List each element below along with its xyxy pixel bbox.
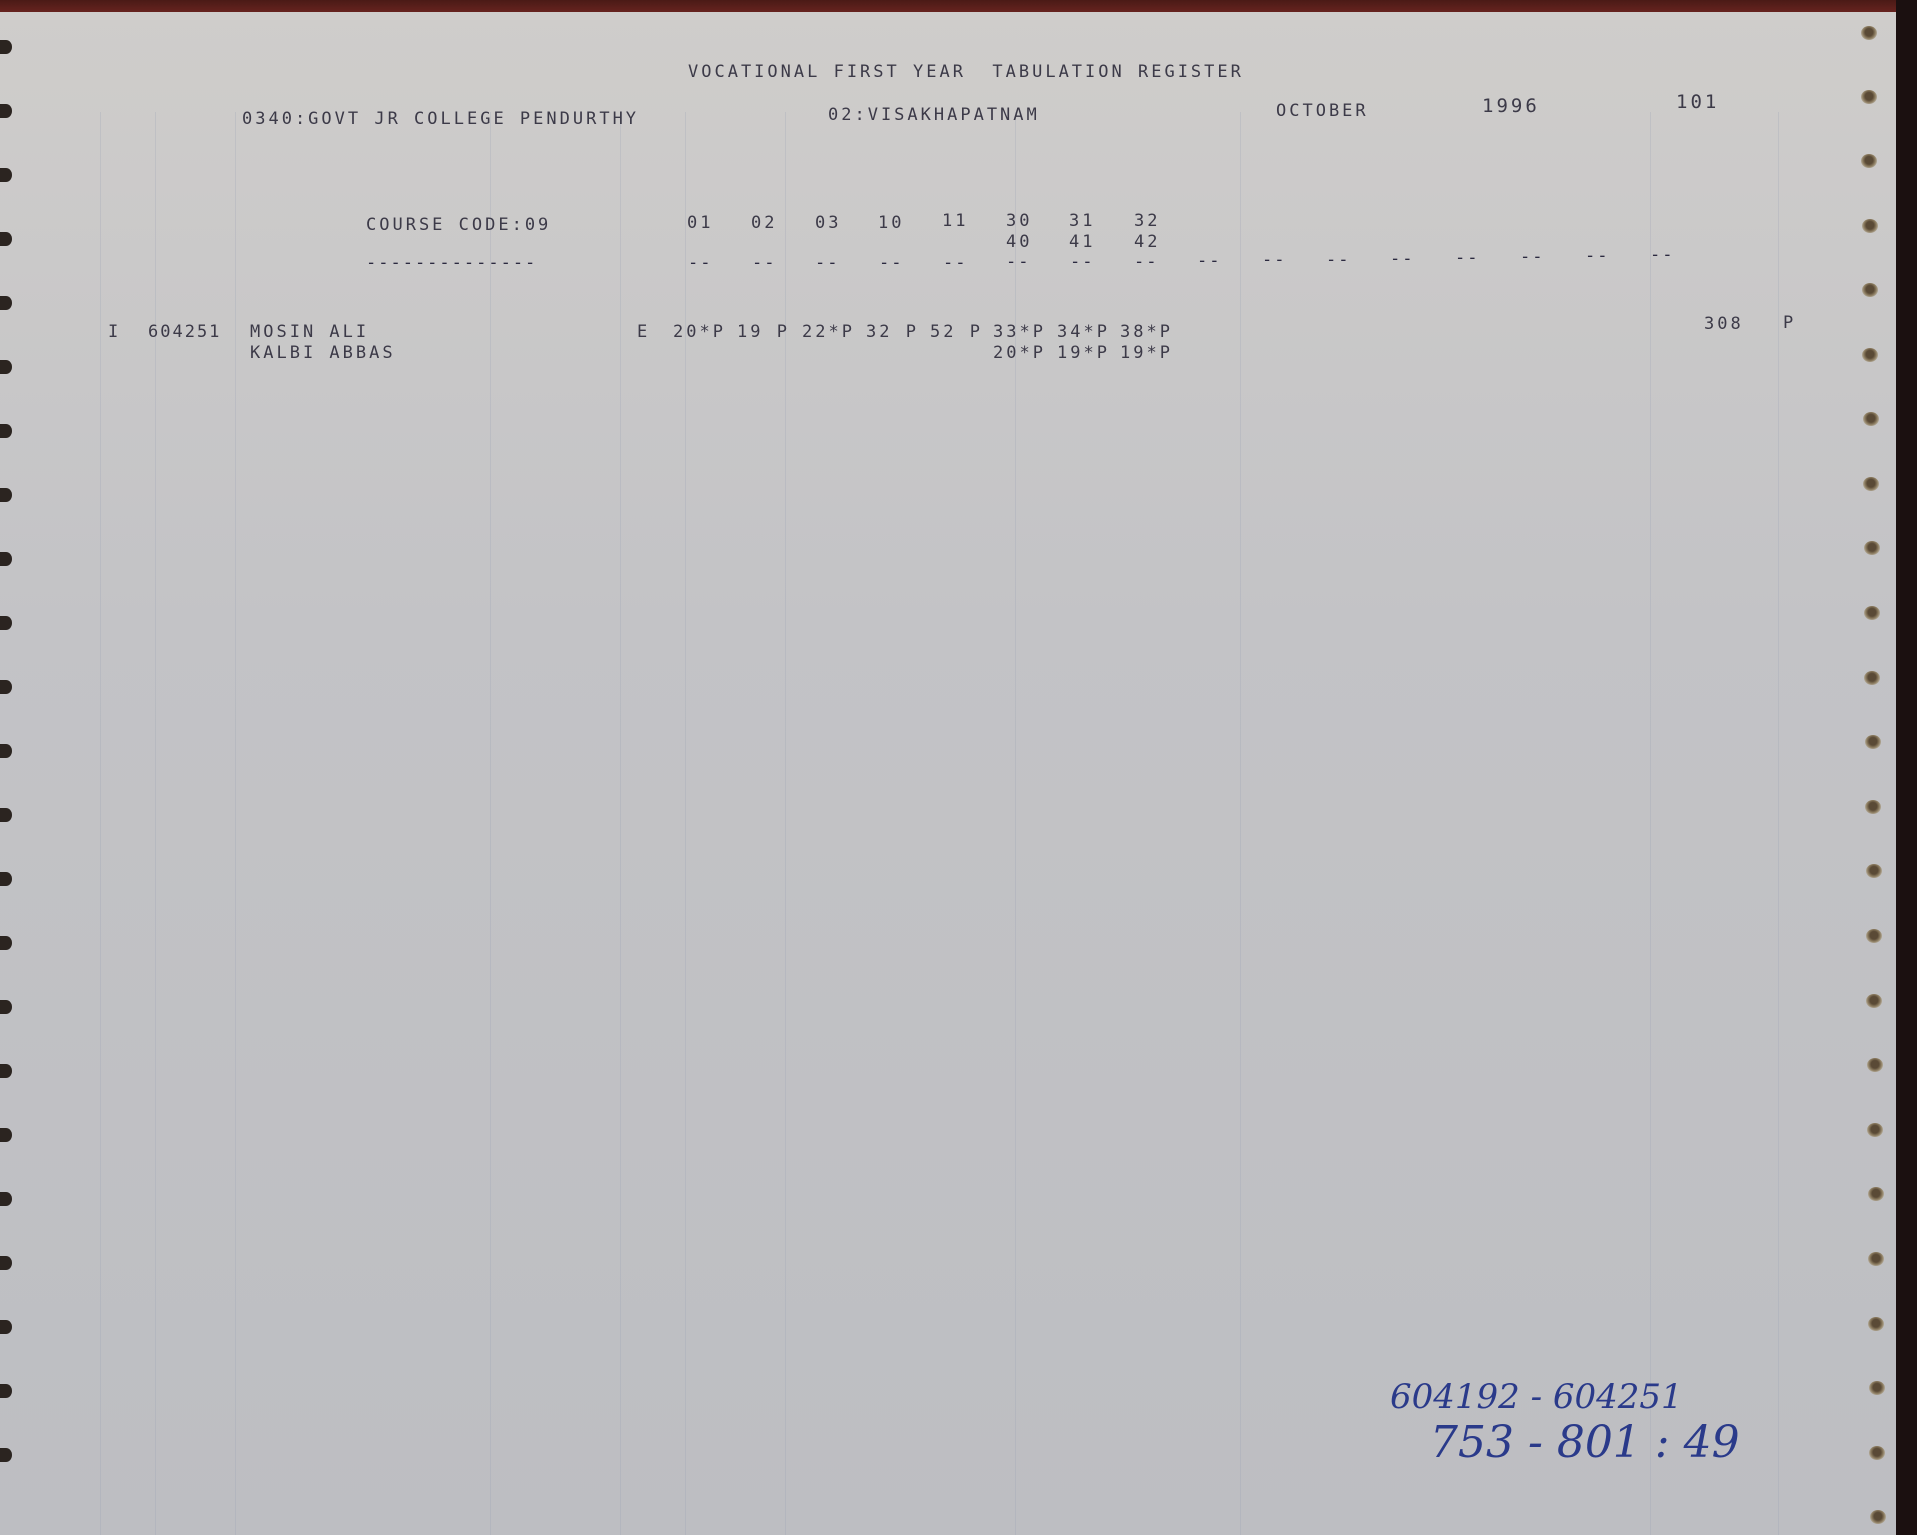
tabulation-register-sheet: VOCATIONAL FIRST YEAR TABULATION REGISTE… [0, 12, 1896, 1535]
feed-hole-icon [1866, 994, 1882, 1008]
feed-hole-icon [1869, 1381, 1885, 1395]
medium: E [637, 322, 650, 342]
separator-dash: -- [1520, 247, 1544, 267]
result-status: P [1783, 313, 1796, 333]
ruled-column-line [620, 112, 621, 1535]
exam-month: OCTOBER [1276, 101, 1369, 121]
subject-code: 30 [1006, 211, 1032, 231]
record-category: I [108, 322, 121, 342]
feed-hole-icon [1870, 1510, 1886, 1524]
feed-hole-icon [1865, 800, 1881, 814]
ruled-column-line [1778, 112, 1779, 1535]
feed-hole-icon [1867, 1123, 1883, 1137]
feed-hole-icon [1868, 1317, 1884, 1331]
feed-hole-icon [0, 104, 12, 118]
feed-hole-icon [0, 1064, 12, 1078]
feed-hole-icon [1864, 606, 1880, 620]
subject-mark: 34*P [1057, 322, 1110, 342]
feed-hole-icon [1868, 1252, 1884, 1266]
feed-hole-icon [1866, 864, 1882, 878]
ruled-column-line [235, 112, 236, 1535]
feed-hole-icon [1863, 477, 1879, 491]
register-title: VOCATIONAL FIRST YEAR TABULATION REGISTE… [688, 62, 1244, 82]
separator-dash: -- [1585, 246, 1609, 266]
feed-hole-icon [0, 552, 12, 566]
subject-code: 01 [687, 213, 713, 233]
separator-dash: -- [879, 253, 903, 273]
feed-hole-icon [1869, 1446, 1885, 1460]
subject-code: 11 [942, 211, 968, 231]
binder-right-edge [1896, 0, 1917, 1535]
total-marks: 308 [1704, 314, 1744, 334]
feed-hole-icon [0, 1384, 12, 1398]
district-name: 02:VISAKHAPATNAM [828, 105, 1040, 125]
separator-dash: -- [815, 253, 839, 273]
feed-hole-icon [0, 296, 12, 310]
college-name: 0340:GOVT JR COLLEGE PENDURTHY [242, 109, 639, 129]
feed-hole-icon [0, 936, 12, 950]
subject-mark: 19 P [737, 322, 790, 342]
feed-hole-icon [0, 1192, 12, 1206]
feed-hole-icon [0, 1448, 12, 1462]
feed-hole-icon [0, 680, 12, 694]
separator-dash: -- [1006, 252, 1030, 272]
separator-dash: -- [1390, 249, 1414, 269]
feed-hole-icon [0, 360, 12, 374]
feed-hole-icon [1864, 541, 1880, 555]
feed-hole-icon [0, 1256, 12, 1270]
feed-hole-icon [0, 424, 12, 438]
subject-code: 41 [1069, 232, 1095, 252]
feed-hole-icon [1863, 412, 1879, 426]
separator-dash: -- [1262, 250, 1286, 270]
handwritten-range-line-1: 604192 - 604251 [1390, 1377, 1683, 1417]
feed-hole-icon [1866, 929, 1882, 943]
feed-hole-icon [1867, 1058, 1883, 1072]
course-code-underline: -------------- [366, 253, 537, 273]
separator-dash: -- [1134, 252, 1158, 272]
separator-dash: -- [1197, 251, 1221, 271]
subject-code: 40 [1006, 232, 1032, 252]
feed-hole-icon [1861, 90, 1877, 104]
page-number: 101 [1676, 91, 1719, 113]
exam-year: 1996 [1482, 95, 1540, 117]
subject-mark: 19*P [1120, 343, 1173, 363]
subject-code: 10 [878, 213, 904, 233]
feed-hole-icon [1862, 283, 1878, 297]
subject-mark: 22*P [802, 322, 855, 342]
subject-code: 31 [1069, 211, 1095, 231]
student-name: MOSIN ALI [250, 322, 369, 342]
separator-dash: -- [1326, 250, 1350, 270]
feed-hole-icon [1868, 1187, 1884, 1201]
subject-mark: 33*P [993, 322, 1046, 342]
feed-hole-icon [1862, 348, 1878, 362]
feed-hole-icon [1861, 154, 1877, 168]
subject-code: 32 [1134, 211, 1160, 231]
separator-dash: -- [1650, 245, 1674, 265]
feed-hole-icon [1865, 735, 1881, 749]
subject-mark: 32 P [866, 322, 919, 342]
feed-hole-icon [0, 40, 12, 54]
separator-dash: -- [1455, 248, 1479, 268]
feed-hole-icon [0, 1000, 12, 1014]
feed-hole-icon [0, 232, 12, 246]
ruled-column-line [100, 112, 101, 1535]
feed-hole-icon [1864, 671, 1880, 685]
feed-hole-icon [0, 808, 12, 822]
separator-dash: -- [1070, 252, 1094, 272]
subject-mark: 19*P [1057, 343, 1110, 363]
feed-hole-icon [1862, 219, 1878, 233]
ruled-column-line [1240, 112, 1241, 1535]
feed-hole-icon [0, 744, 12, 758]
subject-mark: 38*P [1120, 322, 1173, 342]
course-code-label: COURSE CODE:09 [366, 215, 551, 235]
father-name: KALBI ABBAS [250, 343, 396, 363]
separator-dash: -- [688, 253, 712, 273]
subject-code: 42 [1134, 232, 1160, 252]
hall-ticket-number: 604251 [148, 322, 221, 342]
feed-hole-icon [0, 616, 12, 630]
feed-hole-icon [0, 1320, 12, 1334]
ruled-column-line [1650, 112, 1651, 1535]
feed-hole-icon [0, 488, 12, 502]
subject-mark: 20*P [673, 322, 726, 342]
feed-hole-icon [1861, 26, 1877, 40]
handwritten-range-line-2: 753 - 801 : 49 [1430, 1417, 1740, 1468]
subject-mark: 52 P [930, 322, 983, 342]
feed-hole-icon [0, 1128, 12, 1142]
separator-dash: -- [943, 253, 967, 273]
subject-code: 03 [815, 213, 841, 233]
feed-hole-icon [0, 872, 12, 886]
feed-hole-icon [0, 168, 12, 182]
subject-mark: 20*P [993, 343, 1046, 363]
ruled-column-line [490, 112, 491, 1535]
separator-dash: -- [752, 253, 776, 273]
subject-code: 02 [751, 213, 777, 233]
